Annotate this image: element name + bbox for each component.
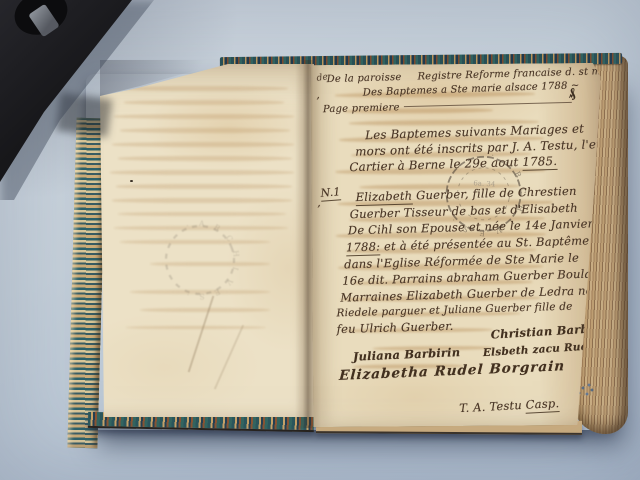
header-line1a: De la paroisse	[327, 72, 402, 85]
bleed-streak	[140, 308, 270, 312]
stamp-rim-text: · A R C H I V E S ·	[156, 208, 252, 310]
pastor-signature: T. A. Testu Casp.	[459, 396, 560, 415]
page-premiere-label: Page premiere	[323, 102, 400, 115]
bleed-streak	[116, 184, 292, 189]
bleed-streak	[124, 100, 284, 105]
bleed-streak	[114, 114, 294, 119]
ink-spot	[130, 180, 133, 182]
intro-date-underlined: 1785.	[522, 154, 557, 171]
bleed-streak	[126, 326, 266, 329]
ruled-line	[404, 100, 572, 107]
right-page: de De la paroisseRegistre Reforme franca…	[311, 63, 604, 427]
bleed-streak	[118, 156, 292, 161]
signature-2: Juliana Barbirin	[353, 345, 461, 364]
bleed-streak	[110, 170, 294, 175]
left-page: · A R C H I V E S ·	[100, 64, 314, 417]
margin-mark: ʼ	[317, 203, 321, 216]
pastor-name: T. A. Testu	[459, 398, 526, 415]
entry-name-underlined: Elizabeth	[355, 188, 412, 205]
bleed-streak	[112, 198, 292, 203]
margin-mark: ʼ	[316, 95, 320, 108]
bleed-streak	[112, 142, 294, 147]
photo-scene: · A R C H I V E S · de De la paroisseReg…	[0, 0, 640, 480]
entry-number: N.1	[320, 185, 341, 200]
bleed-streak	[120, 128, 290, 133]
header-line1b: Registre Reforme francaise d. st marie	[417, 66, 622, 83]
pastor-suffix-underlined: Casp.	[525, 396, 559, 413]
entry-birthyear-underlined: 1788:	[346, 239, 381, 255]
page-crease	[214, 325, 244, 390]
left-archive-stamp: · A R C H I V E S ·	[148, 208, 252, 312]
entry-line9: feu Ulrich Guerber.	[336, 319, 453, 336]
entry-number-text: N.1	[320, 185, 341, 201]
